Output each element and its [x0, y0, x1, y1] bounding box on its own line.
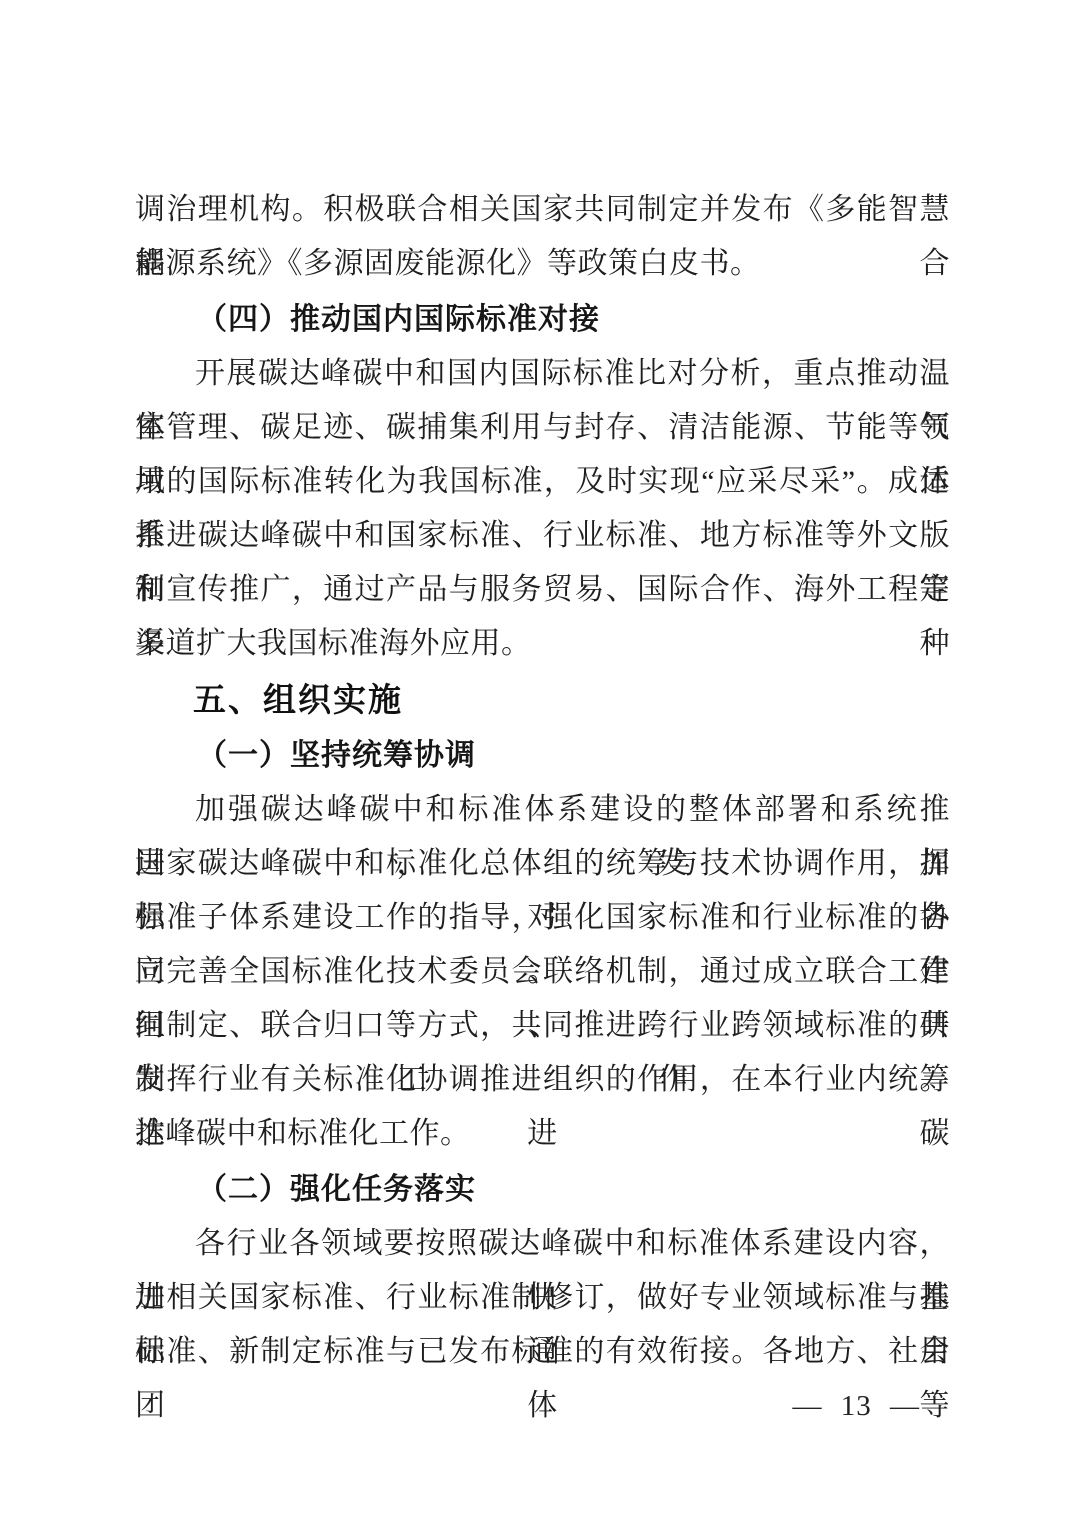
- paragraph-continuation: 调治理机构。积极联合相关国家共同制定并发布《多能智慧耦合 能源系统》《多源固废能…: [135, 183, 950, 291]
- text-line: 标准、新制定标准与已发布标准的有效衔接。各地方、社会团体等: [135, 1325, 950, 1379]
- text-line: 发挥行业有关标准化协调推进组织的作用，在本行业内统筹推进碳: [135, 1053, 950, 1107]
- section-heading-5: 五、组织实施: [135, 673, 950, 727]
- text-line: 进相关国家标准、行业标准制修订，做好专业领域标准与基础通用: [135, 1271, 950, 1325]
- text-line: 国家碳达峰碳中和标准化总体组的统筹与技术协调作用，加强对各: [135, 837, 950, 891]
- paragraph: 各行业各领域要按照碳达峰碳中和标准体系建设内容，加快推 进相关国家标准、行业标准…: [135, 1217, 950, 1379]
- text-line: 推进碳达峰碳中和国家标准、行业标准、地方标准等外文版制定: [135, 509, 950, 563]
- subsection-heading-4: （四）推动国内国际标准对接: [135, 293, 950, 347]
- text-line: 和宣传推广，通过产品与服务贸易、国际合作、海外工程等多种: [135, 563, 950, 617]
- text-line: 调治理机构。积极联合相关国家共同制定并发布《多能智慧耦合: [135, 183, 950, 237]
- subsection-heading-1: （一）坚持统筹协调: [135, 729, 950, 783]
- text-line: 加强碳达峰碳中和标准体系建设的整体部署和系统推进，发挥: [135, 783, 950, 837]
- paragraph: 开展碳达峰碳中和国内国际标准比对分析，重点推动温室气 体管理、碳足迹、碳捕集利用…: [135, 347, 950, 671]
- paragraph: 加强碳达峰碳中和标准体系建设的整体部署和系统推进，发挥 国家碳达峰碳中和标准化总…: [135, 783, 950, 1161]
- subsection-heading-2: （二）强化任务落实: [135, 1163, 950, 1217]
- document-page: 调治理机构。积极联合相关国家共同制定并发布《多能智慧耦合 能源系统》《多源固废能…: [0, 0, 1080, 1527]
- text-line: 同制定、联合归口等方式，共同推进跨行业跨领域标准的研制工作。: [135, 999, 950, 1053]
- text-line: 立完善全国标准化技术委员会联络机制，通过成立联合工作组、共: [135, 945, 950, 999]
- text-line: 标准子体系建设工作的指导，强化国家标准和行业标准的协同。建: [135, 891, 950, 945]
- text-line: 体管理、碳足迹、碳捕集利用与封存、清洁能源、节能等领域适: [135, 401, 950, 455]
- text-line: 用的国际标准转化为我国标准，及时实现“应采尽采”。成体系: [135, 455, 950, 509]
- text-line: 开展碳达峰碳中和国内国际标准比对分析，重点推动温室气: [135, 347, 950, 401]
- text-line: 各行业各领域要按照碳达峰碳中和标准体系建设内容，加快推: [135, 1217, 950, 1271]
